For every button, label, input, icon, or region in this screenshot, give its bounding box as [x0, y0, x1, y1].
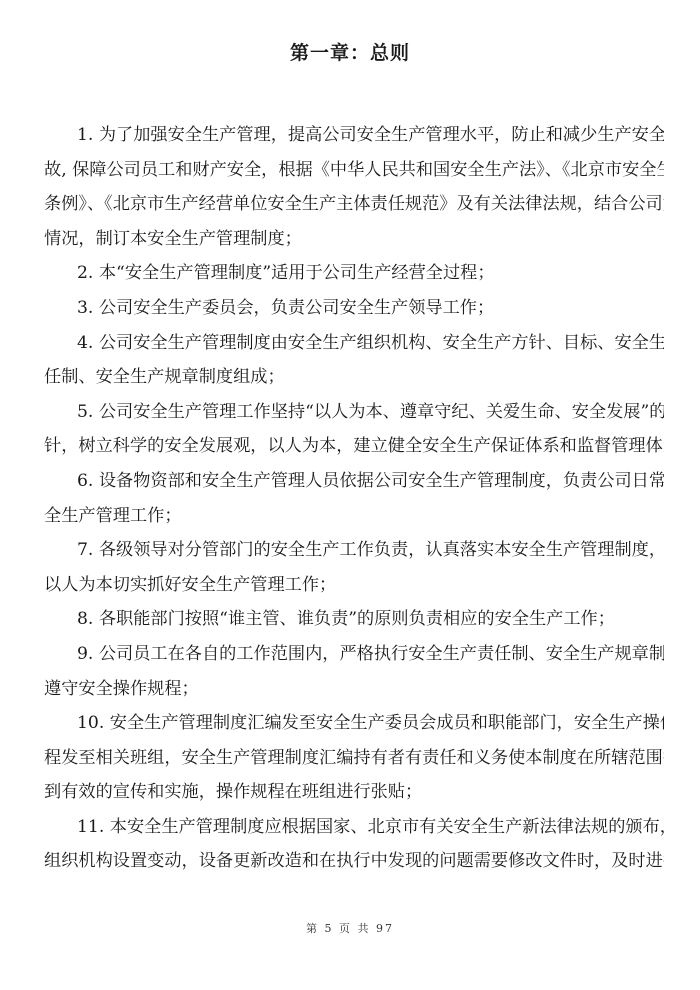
document-body: 1. 为了加强安全生产管理，提高公司安全生产管理水平，防止和减少生产安全事 故,…	[44, 118, 664, 879]
paragraph-4: 4. 公司安全生产管理制度由安全生产组织机构、安全生产方针、目标、安全生产责 任…	[44, 326, 664, 395]
paragraph-line: 4. 公司安全生产管理制度由安全生产组织机构、安全生产方针、目标、安全生产责	[44, 326, 664, 361]
paragraph-3: 3. 公司安全生产委员会，负责公司安全生产领导工作；	[44, 291, 664, 326]
paragraph-line: 1. 为了加强安全生产管理，提高公司安全生产管理水平，防止和减少生产安全事	[44, 118, 664, 153]
paragraph-7: 7. 各级领导对分管部门的安全生产工作负责，认真落实本安全生产管理制度，坚持 以…	[44, 533, 664, 602]
paragraph-line: 2. 本“安全生产管理制度”适用于公司生产经营全过程；	[44, 256, 664, 291]
paragraph-line: 遵守安全操作规程；	[44, 672, 664, 707]
paragraph-line: 以人为本切实抓好安全生产管理工作；	[44, 568, 664, 603]
paragraph-line: 程发至相关班组，安全生产管理制度汇编持有者有责任和义务使本制度在所辖范围得	[44, 741, 664, 776]
paragraph-line: 条例》、《北京市生产经营单位安全生产主体责任规范》及有关法律法规，结合公司实际	[44, 187, 664, 222]
paragraph-line: 3. 公司安全生产委员会，负责公司安全生产领导工作；	[44, 291, 664, 326]
paragraph-line: 5. 公司安全生产管理工作坚持“以人为本、遵章守纪、关爱生命、安全发展”的方	[44, 395, 664, 430]
paragraph-line: 到有效的宣传和实施，操作规程在班组进行张贴；	[44, 775, 664, 810]
paragraph-line: 11. 本安全生产管理制度应根据国家、北京市有关安全生产新法律法规的颁布，当	[44, 810, 664, 845]
paragraph-6: 6. 设备物资部和安全生产管理人员依据公司安全生产管理制度，负责公司日常安 全生…	[44, 464, 664, 533]
paragraph-10: 10. 安全生产管理制度汇编发至安全生产委员会成员和职能部门，安全生产操作规 程…	[44, 706, 664, 810]
paragraph-line: 全生产管理工作；	[44, 499, 664, 534]
paragraph-2: 2. 本“安全生产管理制度”适用于公司生产经营全过程；	[44, 256, 664, 291]
paragraph-9: 9. 公司员工在各自的工作范围内，严格执行安全生产责任制、安全生产规章制度和 遵…	[44, 637, 664, 706]
paragraph-line: 故, 保障公司员工和财产安全，根据《中华人民共和国安全生产法》、《北京市安全生产	[44, 153, 664, 188]
paragraph-line: 10. 安全生产管理制度汇编发至安全生产委员会成员和职能部门，安全生产操作规	[44, 706, 664, 741]
paragraph-1: 1. 为了加强安全生产管理，提高公司安全生产管理水平，防止和减少生产安全事 故,…	[44, 118, 664, 256]
paragraph-11: 11. 本安全生产管理制度应根据国家、北京市有关安全生产新法律法规的颁布，当 组…	[44, 810, 664, 879]
paragraph-line: 8. 各职能部门按照“谁主管、谁负责”的原则负责相应的安全生产工作；	[44, 602, 664, 637]
paragraph-line: 组织机构设置变动，设备更新改造和在执行中发现的问题需要修改文件时，及时进行修	[44, 844, 664, 879]
paragraph-line: 7. 各级领导对分管部门的安全生产工作负责，认真落实本安全生产管理制度，坚持	[44, 533, 664, 568]
page-number-footer: 第 5 页 共 97	[0, 920, 700, 936]
paragraph-line: 情况，制订本安全生产管理制度；	[44, 222, 664, 257]
chapter-title: 第一章：总则	[0, 38, 700, 65]
paragraph-line: 任制、安全生产规章制度组成；	[44, 360, 664, 395]
paragraph-5: 5. 公司安全生产管理工作坚持“以人为本、遵章守纪、关爱生命、安全发展”的方 针…	[44, 395, 664, 464]
paragraph-line: 针，树立科学的安全发展观，以人为本，建立健全安全生产保证体系和监督管理体系；	[44, 429, 664, 464]
paragraph-line: 6. 设备物资部和安全生产管理人员依据公司安全生产管理制度，负责公司日常安	[44, 464, 664, 499]
paragraph-8: 8. 各职能部门按照“谁主管、谁负责”的原则负责相应的安全生产工作；	[44, 602, 664, 637]
paragraph-line: 9. 公司员工在各自的工作范围内，严格执行安全生产责任制、安全生产规章制度和	[44, 637, 664, 672]
